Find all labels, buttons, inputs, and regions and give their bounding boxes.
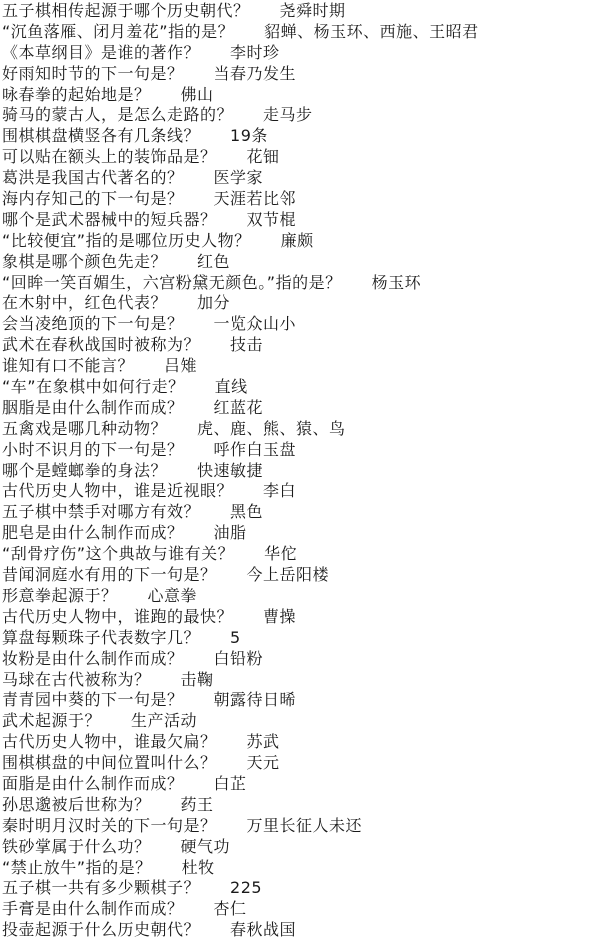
question-text: 孙思邈被后世称为？	[2, 795, 151, 814]
question-text: 面脂是由什么制作而成？	[2, 774, 184, 793]
qa-line: 形意拳起源于？心意拳	[2, 586, 607, 607]
question-text: 妆粉是由什么制作而成？	[2, 649, 184, 668]
answer-text: 白铅粉	[214, 649, 264, 668]
question-text: 算盘每颗珠子代表数字几？	[2, 628, 200, 647]
qa-line: 昔闻洞庭水有用的下一句是？今上岳阳楼	[2, 565, 607, 586]
qa-line: 五子棋一共有多少颗棋子？225	[2, 878, 607, 899]
qa-line: “比较便宜”指的是哪位历史人物？廉颇	[2, 231, 607, 252]
answer-text: 华佗	[264, 544, 297, 563]
answer-text: 快速敏捷	[197, 461, 263, 480]
answer-text: 杨玉环	[372, 273, 422, 292]
qa-line: 小时不识月的下一句是？呼作白玉盘	[2, 440, 607, 461]
question-text: 形意拳起源于？	[2, 586, 118, 605]
question-text: 会当凌绝顶的下一句是？	[2, 314, 184, 333]
qa-line: 古代历史人物中，谁是近视眼？李白	[2, 481, 607, 502]
answer-text: 加分	[197, 293, 230, 312]
answer-text: 生产活动	[131, 711, 197, 730]
answer-text: 廉颇	[281, 231, 314, 250]
answer-text: 吕雉	[164, 356, 197, 375]
qa-line: 投壶起源于什么历史朝代？春秋战国	[2, 920, 607, 941]
question-text: 胭脂是由什么制作而成？	[2, 398, 184, 417]
question-text: 肥皂是由什么制作而成？	[2, 523, 184, 542]
question-text: 五子棋相传起源于哪个历史朝代？	[2, 1, 250, 20]
answer-text: 19条	[230, 126, 268, 145]
question-text: 青青园中葵的下一句是？	[2, 690, 184, 709]
question-text: 骑马的蒙古人，是怎么走路的？	[2, 105, 233, 124]
qa-line: 算盘每颗珠子代表数字几？5	[2, 628, 607, 649]
qa-line: 手膏是由什么制作而成？杏仁	[2, 899, 607, 920]
answer-text: 曹操	[263, 607, 296, 626]
qa-line: 马球在古代被称为？击鞠	[2, 670, 607, 691]
qa-line: 围棋棋盘的中间位置叫什么？天元	[2, 753, 607, 774]
qa-line: 五子棋相传起源于哪个历史朝代？尧舜时期	[2, 1, 607, 22]
question-text: “禁止放牛”指的是？	[2, 858, 152, 877]
answer-text: 花钿	[247, 147, 280, 166]
qa-line: 秦时明月汉时关的下一句是？万里长征人未还	[2, 816, 607, 837]
question-text: 古代历史人物中，谁最欠扁？	[2, 732, 217, 751]
qa-line: 哪个是武术器械中的短兵器？双节棍	[2, 210, 607, 231]
answer-text: 苏武	[247, 732, 280, 751]
question-text: “沉鱼落雁、闭月羞花”指的是？	[2, 22, 234, 41]
question-text: 手膏是由什么制作而成？	[2, 899, 184, 918]
qa-line: 葛洪是我国古代著名的？医学家	[2, 168, 607, 189]
answer-text: 李时珍	[230, 43, 280, 62]
qa-line: “车”在象棋中如何行走？直线	[2, 377, 607, 398]
question-text: 古代历史人物中，谁跑的最快？	[2, 607, 233, 626]
answer-text: 医学家	[214, 168, 264, 187]
qa-line: 铁砂掌属于什么功？硬气功	[2, 837, 607, 858]
answer-text: 走马步	[263, 105, 313, 124]
question-text: 秦时明月汉时关的下一句是？	[2, 816, 217, 835]
answer-text: 天元	[247, 753, 280, 772]
question-text: 可以贴在额头上的装饰品是？	[2, 147, 217, 166]
answer-text: 直线	[215, 377, 248, 396]
question-text: 五子棋一共有多少颗棋子？	[2, 878, 200, 897]
question-text: 《本草纲目》是谁的著作？	[2, 43, 200, 62]
answer-text: 佛山	[181, 85, 214, 104]
qa-line: 五子棋中禁手对哪方有效？黑色	[2, 502, 607, 523]
answer-text: 虎、鹿、熊、猿、鸟	[197, 419, 346, 438]
question-text: 海内存知己的下一句是？	[2, 189, 184, 208]
answer-text: 5	[230, 628, 241, 647]
answer-text: 双节棍	[247, 210, 297, 229]
answer-text: 杏仁	[214, 899, 247, 918]
question-text: 围棋棋盘的中间位置叫什么？	[2, 753, 217, 772]
answer-text: 红蓝花	[214, 398, 264, 417]
qa-line: 谁知有口不能言？吕雉	[2, 356, 607, 377]
question-text: 哪个是螳螂拳的身法？	[2, 461, 167, 480]
question-text: 象棋是哪个颜色先走？	[2, 252, 167, 271]
qa-line: 象棋是哪个颜色先走？红色	[2, 252, 607, 273]
qa-line: 在木射中，红色代表？加分	[2, 293, 607, 314]
qa-line: “沉鱼落雁、闭月羞花”指的是？貂蝉、杨玉环、西施、王昭君	[2, 22, 607, 43]
question-text: 五禽戏是哪几种动物？	[2, 419, 167, 438]
answer-text: 技击	[230, 335, 263, 354]
qa-line: 好雨知时节的下一句是？当春乃发生	[2, 64, 607, 85]
qa-line: “回眸一笑百媚生，六宫粉黛无颜色。”指的是？杨玉环	[2, 273, 607, 294]
qa-line: 面脂是由什么制作而成？白芷	[2, 774, 607, 795]
qa-line: 古代历史人物中，谁跑的最快？曹操	[2, 607, 607, 628]
answer-text: 黑色	[230, 502, 263, 521]
answer-text: 硬气功	[181, 837, 231, 856]
answer-text: 白芷	[214, 774, 247, 793]
qa-line: 五禽戏是哪几种动物？虎、鹿、熊、猿、鸟	[2, 419, 607, 440]
question-text: 小时不识月的下一句是？	[2, 440, 184, 459]
answer-text: 春秋战国	[230, 920, 296, 939]
qa-line: 《本草纲目》是谁的著作？李时珍	[2, 43, 607, 64]
qa-line: 咏春拳的起始地是？佛山	[2, 85, 607, 106]
qa-line: 古代历史人物中，谁最欠扁？苏武	[2, 732, 607, 753]
answer-text: 尧舜时期	[280, 1, 346, 20]
qa-line: 孙思邈被后世称为？药王	[2, 795, 607, 816]
question-text: “车”在象棋中如何行走？	[2, 377, 185, 396]
qa-list: 五子棋相传起源于哪个历史朝代？尧舜时期“沉鱼落雁、闭月羞花”指的是？貂蝉、杨玉环…	[0, 0, 607, 941]
answer-text: 油脂	[214, 523, 247, 542]
qa-line: 围棋棋盘横竖各有几条线？19条	[2, 126, 607, 147]
answer-text: 杜牧	[182, 858, 215, 877]
answer-text: 今上岳阳楼	[247, 565, 330, 584]
question-text: 围棋棋盘横竖各有几条线？	[2, 126, 200, 145]
qa-line: 武术起源于？生产活动	[2, 711, 607, 732]
question-text: “比较便宜”指的是哪位历史人物？	[2, 231, 251, 250]
qa-line: 妆粉是由什么制作而成？白铅粉	[2, 649, 607, 670]
qa-line: “禁止放牛”指的是？杜牧	[2, 858, 607, 879]
qa-line: “刮骨疗伤”这个典故与谁有关？华佗	[2, 544, 607, 565]
question-text: 哪个是武术器械中的短兵器？	[2, 210, 217, 229]
question-text: 谁知有口不能言？	[2, 356, 134, 375]
question-text: 咏春拳的起始地是？	[2, 85, 151, 104]
answer-text: 红色	[197, 252, 230, 271]
qa-line: 胭脂是由什么制作而成？红蓝花	[2, 398, 607, 419]
question-text: 好雨知时节的下一句是？	[2, 64, 184, 83]
question-text: 昔闻洞庭水有用的下一句是？	[2, 565, 217, 584]
question-text: 葛洪是我国古代著名的？	[2, 168, 184, 187]
answer-text: 一览众山小	[214, 314, 297, 333]
answer-text: 貂蝉、杨玉环、西施、王昭君	[264, 22, 479, 41]
answer-text: 当春乃发生	[214, 64, 297, 83]
qa-line: 可以贴在额头上的装饰品是？花钿	[2, 147, 607, 168]
qa-line: 哪个是螳螂拳的身法？快速敏捷	[2, 461, 607, 482]
question-text: “刮骨疗伤”这个典故与谁有关？	[2, 544, 234, 563]
question-text: 武术在春秋战国时被称为？	[2, 335, 200, 354]
question-text: 古代历史人物中，谁是近视眼？	[2, 481, 233, 500]
answer-text: 225	[230, 878, 262, 897]
answer-text: 呼作白玉盘	[214, 440, 297, 459]
question-text: 投壶起源于什么历史朝代？	[2, 920, 200, 939]
question-text: 铁砂掌属于什么功？	[2, 837, 151, 856]
question-text: 武术起源于？	[2, 711, 101, 730]
answer-text: 心意拳	[148, 586, 198, 605]
answer-text: 药王	[181, 795, 214, 814]
qa-line: 武术在春秋战国时被称为？技击	[2, 335, 607, 356]
qa-line: 会当凌绝顶的下一句是？一览众山小	[2, 314, 607, 335]
question-text: 五子棋中禁手对哪方有效？	[2, 502, 200, 521]
answer-text: 万里长征人未还	[247, 816, 363, 835]
answer-text: 击鞠	[181, 670, 214, 689]
answer-text: 朝露待日晞	[214, 690, 297, 709]
answer-text: 天涯若比邻	[214, 189, 297, 208]
qa-line: 肥皂是由什么制作而成？油脂	[2, 523, 607, 544]
answer-text: 李白	[263, 481, 296, 500]
qa-line: 青青园中葵的下一句是？朝露待日晞	[2, 690, 607, 711]
question-text: “回眸一笑百媚生，六宫粉黛无颜色。”指的是？	[2, 273, 342, 292]
qa-line: 骑马的蒙古人，是怎么走路的？走马步	[2, 105, 607, 126]
question-text: 马球在古代被称为？	[2, 670, 151, 689]
qa-line: 海内存知己的下一句是？天涯若比邻	[2, 189, 607, 210]
question-text: 在木射中，红色代表？	[2, 293, 167, 312]
